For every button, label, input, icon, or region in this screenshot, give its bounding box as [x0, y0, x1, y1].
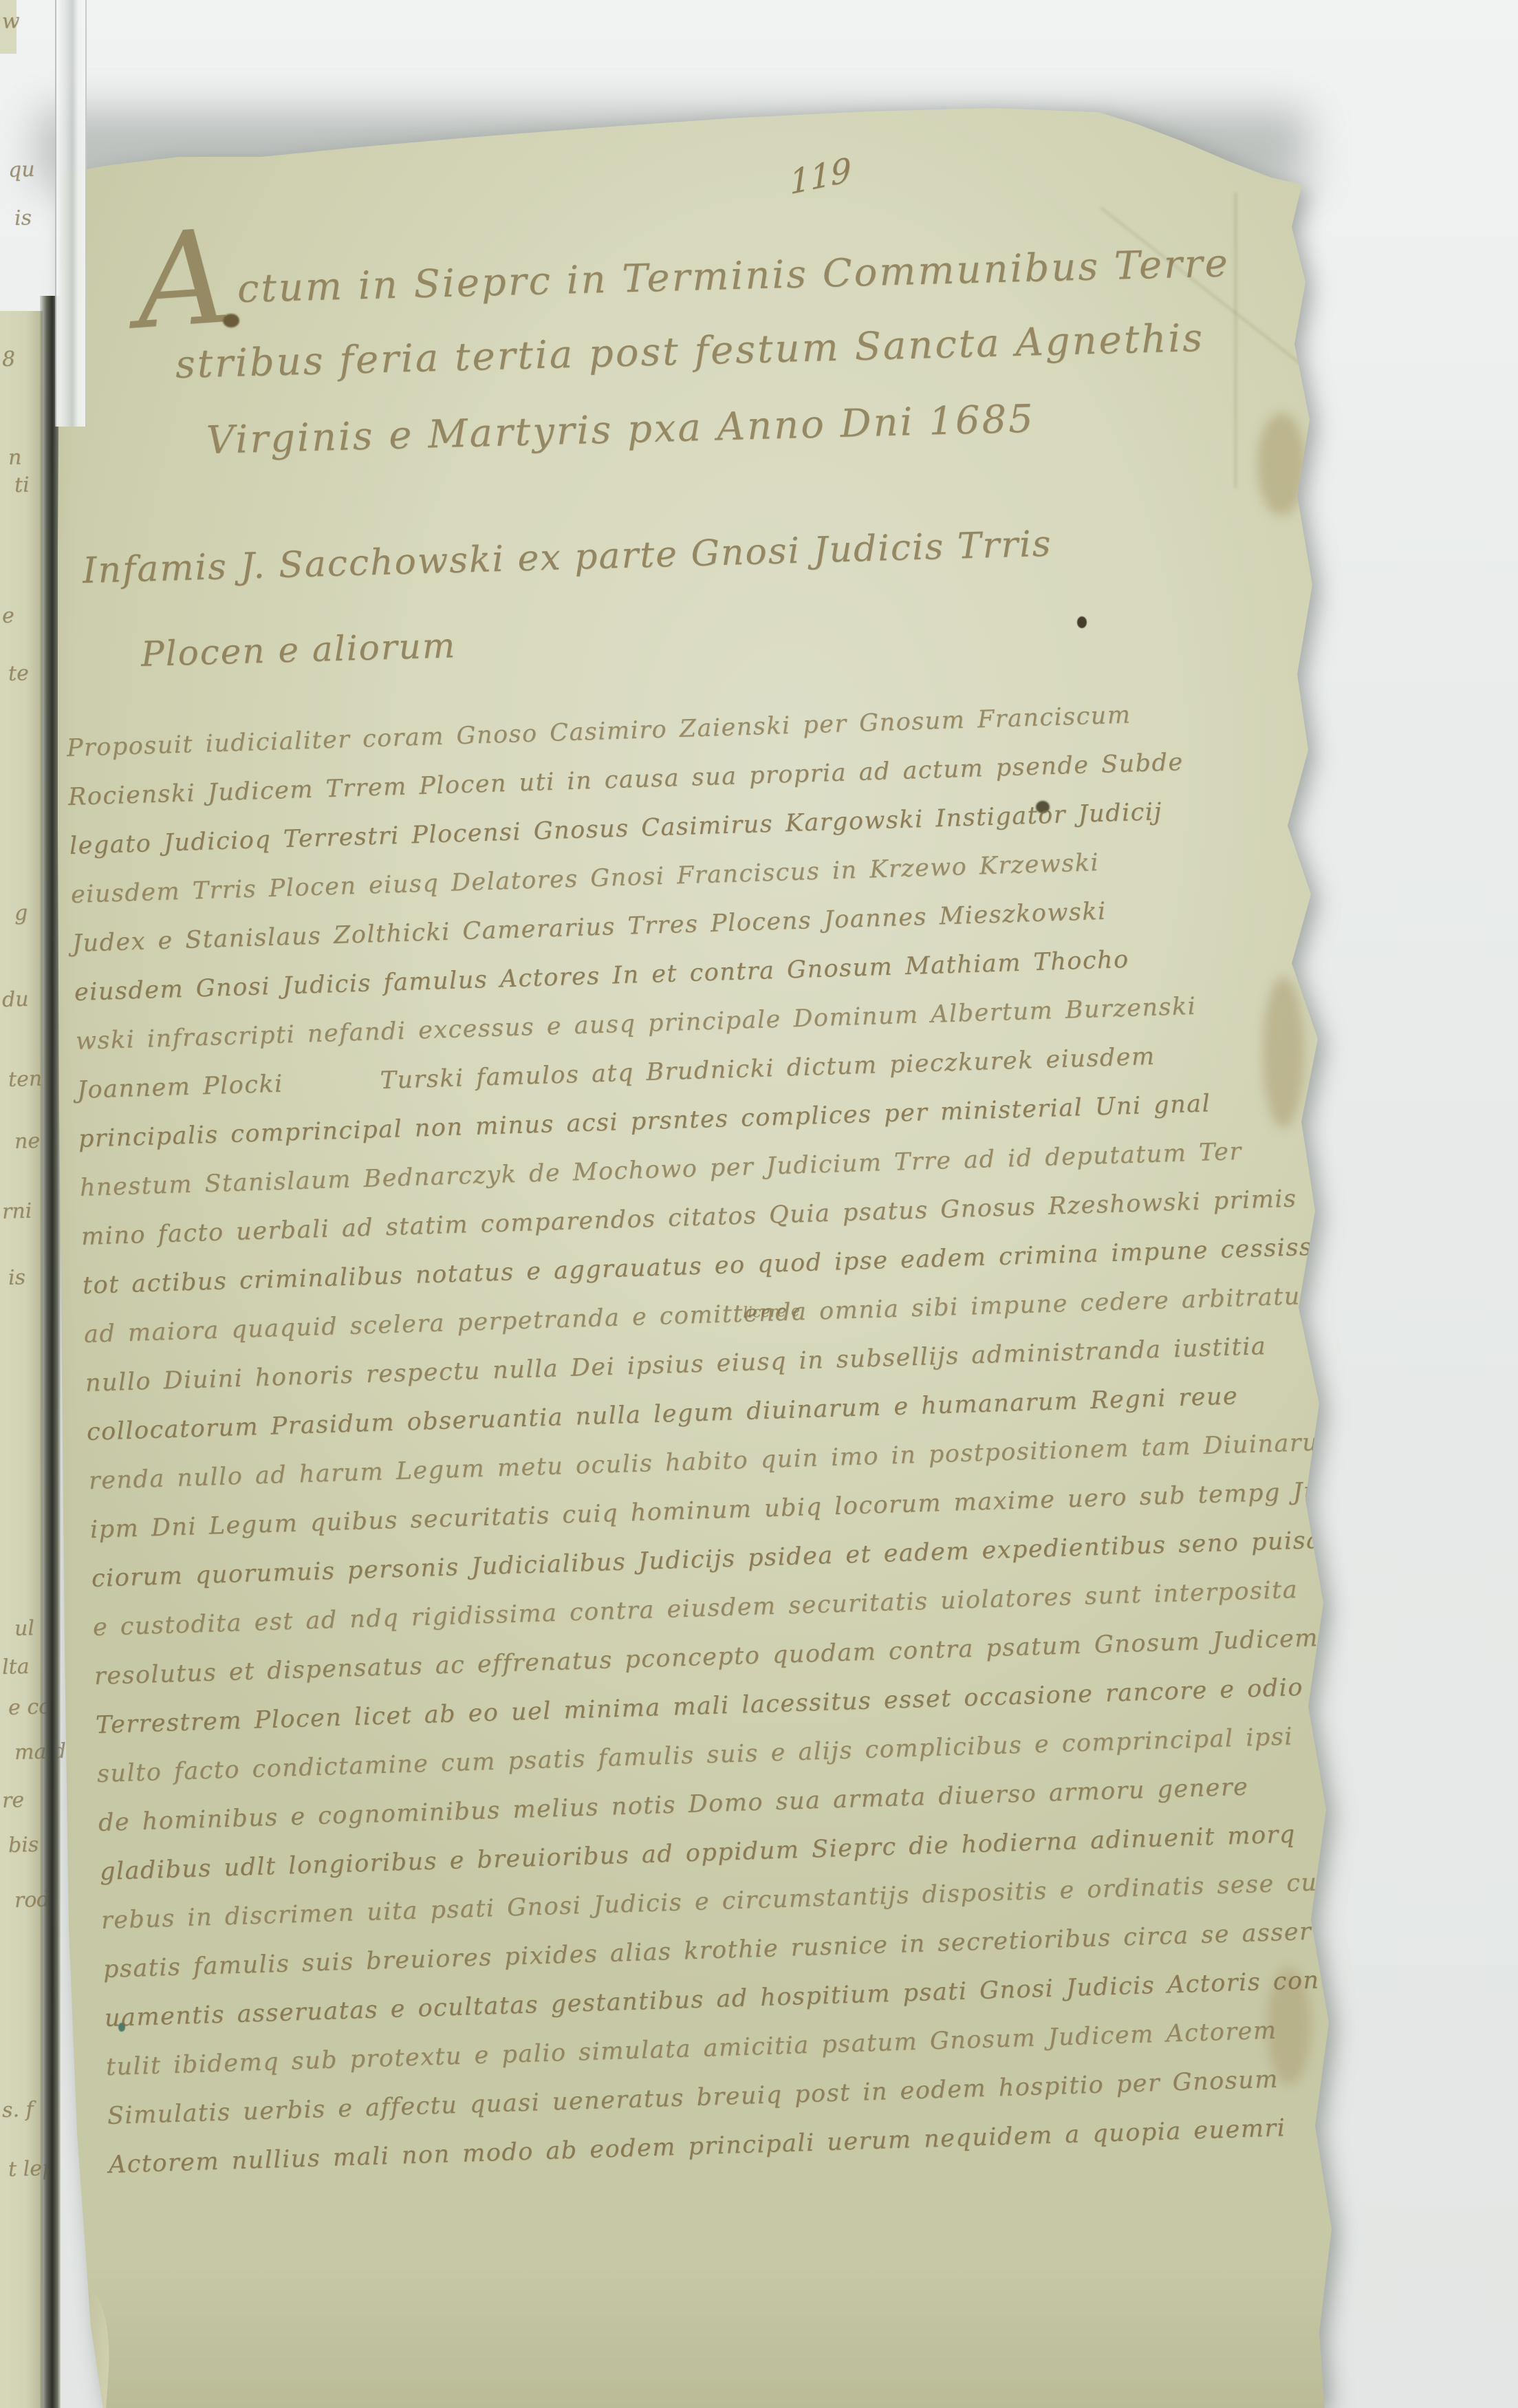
- paper-sheet: 119 A ctum in Sieprc in Terminis Communi…: [0, 0, 1518, 2408]
- manuscript-line: Joannem Plocki Turski famulos atq Brudni…: [76, 1043, 1156, 1104]
- manuscript-line: eiusdem Gnosi Judicis famulus Actores In…: [74, 946, 1129, 1007]
- manuscript-photograph: wquis8ntietegdutennerniisulltae coma dre…: [0, 0, 1518, 2408]
- manuscript-line: Judex e Stanislaus Zolthicki Camerarius …: [72, 898, 1107, 958]
- manuscript-line: legato Judicioq Terrestri Plocensi Gnosu…: [69, 798, 1163, 860]
- body-lines: Proposuit iudicialiter coram Gnoso Casim…: [0, 0, 1518, 2408]
- glass-clamp-strip: [55, 0, 87, 427]
- manuscript-page: 119 A ctum in Sieprc in Terminis Communi…: [0, 0, 1518, 2408]
- manuscript-line: wski infrascripti nefandi excessus e aus…: [75, 993, 1197, 1055]
- manuscript-line: Proposuit iudicialiter coram Gnoso Casim…: [66, 701, 1131, 762]
- manuscript-line: Rocienski Judicem Trrem Plocen uti in ca…: [67, 749, 1184, 811]
- manuscript-line: eiusdem Trris Plocen eiusq Delatores Gno…: [71, 849, 1100, 909]
- interlinear-insertion: licere e: [743, 1302, 801, 1322]
